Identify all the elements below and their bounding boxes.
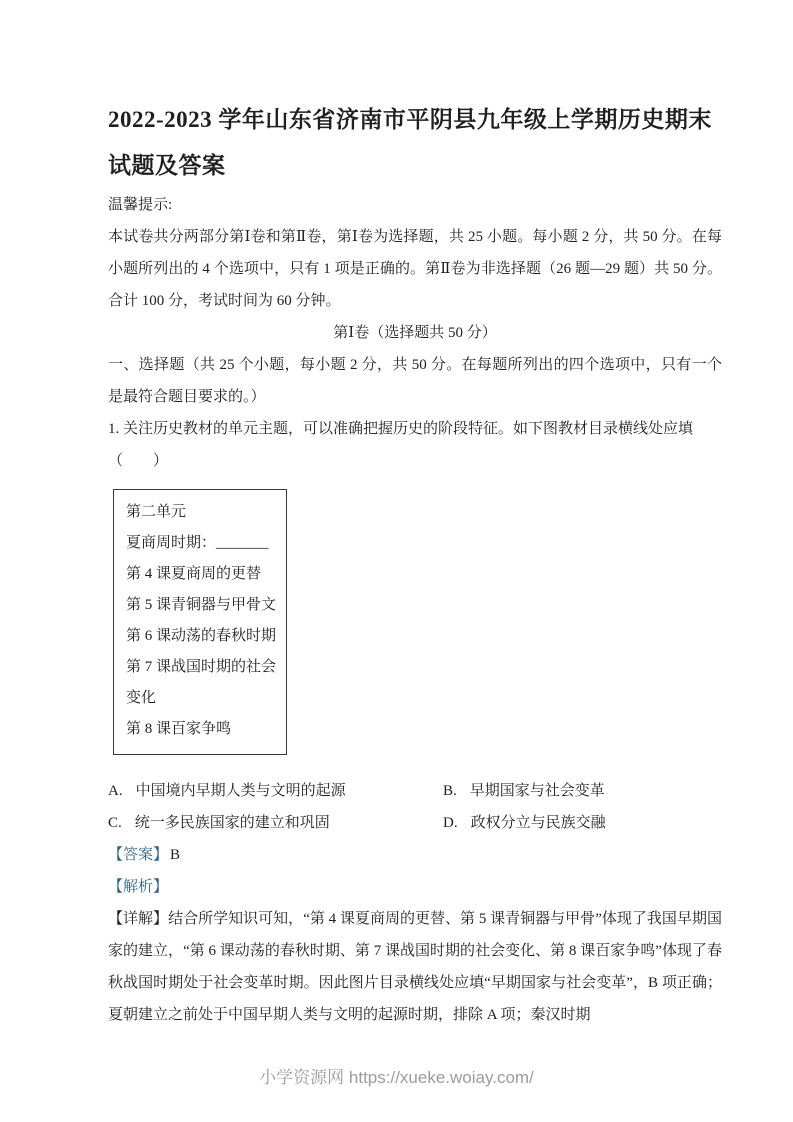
- catalog-unit-title: 第二单元: [126, 497, 280, 528]
- textbook-catalog-box: 第二单元 夏商周时期：_______ 第 4 课夏商周的更替 第 5 课青铜器与…: [113, 489, 287, 755]
- exam-title-line-1: 2022-2023 学年山东省济南市平阴县九年级上学期历史期末: [108, 97, 722, 143]
- detail-text: 结合所学知识可知，“第 4 课夏商周的更替、第 5 课青铜器与甲骨”体现了我国早…: [108, 911, 722, 1023]
- analysis-marker: 【解析】: [108, 879, 168, 895]
- option-c: C.统一多民族国家的建立和巩固: [108, 807, 443, 839]
- document-page: 2022-2023 学年山东省济南市平阴县九年级上学期历史期末 试题及答案 温馨…: [0, 0, 793, 1122]
- detail-paragraph: 【详解】结合所学知识可知，“第 4 课夏商周的更替、第 5 课青铜器与甲骨”体现…: [108, 903, 722, 1031]
- site-watermark: 小学资源网 https://xueke.woiay.com/: [0, 1063, 793, 1088]
- section-intro: 一、选择题（共 25 个小题，每小题 2 分，共 50 分。在每题所列出的四个选…: [108, 349, 722, 413]
- analysis-line: 【解析】: [108, 871, 722, 903]
- answer-line: 【答案】B: [108, 839, 722, 871]
- exam-title: 2022-2023 学年山东省济南市平阴县九年级上学期历史期末 试题及答案: [108, 97, 722, 189]
- catalog-lesson-6: 第 6 课动荡的春秋时期: [126, 621, 280, 652]
- exam-title-line-2: 试题及答案: [108, 143, 722, 189]
- option-c-text: 统一多民族国家的建立和巩固: [135, 815, 330, 831]
- option-d: D.政权分立与民族交融: [443, 807, 722, 839]
- catalog-period-label: 夏商周时期：: [126, 535, 216, 551]
- detail-marker: 【详解】: [108, 911, 168, 927]
- catalog-lesson-4: 第 4 课夏商周的更替: [126, 559, 280, 590]
- answer-value: B: [170, 847, 180, 863]
- option-b-label: B.: [443, 775, 457, 807]
- catalog-lesson-8: 第 8 课百家争鸣: [126, 714, 280, 745]
- answer-marker: 【答案】: [108, 847, 168, 863]
- option-a-text: 中国境内早期人类与文明的起源: [136, 783, 346, 799]
- notice-label: 温馨提示:: [108, 189, 722, 221]
- option-a: A.中国境内早期人类与文明的起源: [108, 775, 443, 807]
- option-c-label: C.: [108, 807, 122, 839]
- option-d-text: 政权分立与民族交融: [471, 815, 606, 831]
- exam-instructions: 本试卷共分两部分第Ⅰ卷和第Ⅱ卷，第Ⅰ卷为选择题，共 25 小题。每小题 2 分，…: [108, 221, 722, 317]
- question-1-options: A.中国境内早期人类与文明的起源 B.早期国家与社会变革 C.统一多民族国家的建…: [108, 775, 722, 839]
- catalog-lesson-5: 第 5 课青铜器与甲骨文: [126, 590, 280, 621]
- option-a-label: A.: [108, 775, 123, 807]
- section-heading: 第Ⅰ卷（选择题共 50 分）: [108, 317, 722, 349]
- catalog-lesson-7: 第 7 课战国时期的社会变化: [126, 652, 280, 714]
- question-1-blank-parens: （ ）: [108, 445, 722, 477]
- option-b: B.早期国家与社会变革: [443, 775, 722, 807]
- catalog-blank-line: _______: [216, 535, 269, 551]
- option-b-text: 早期国家与社会变革: [470, 783, 605, 799]
- question-1-stem: 1. 关注历史教材的单元主题，可以准确把握历史的阶段特征。如下图教材目录横线处应…: [108, 413, 722, 445]
- option-d-label: D.: [443, 807, 458, 839]
- catalog-period-line: 夏商周时期：_______: [126, 528, 280, 559]
